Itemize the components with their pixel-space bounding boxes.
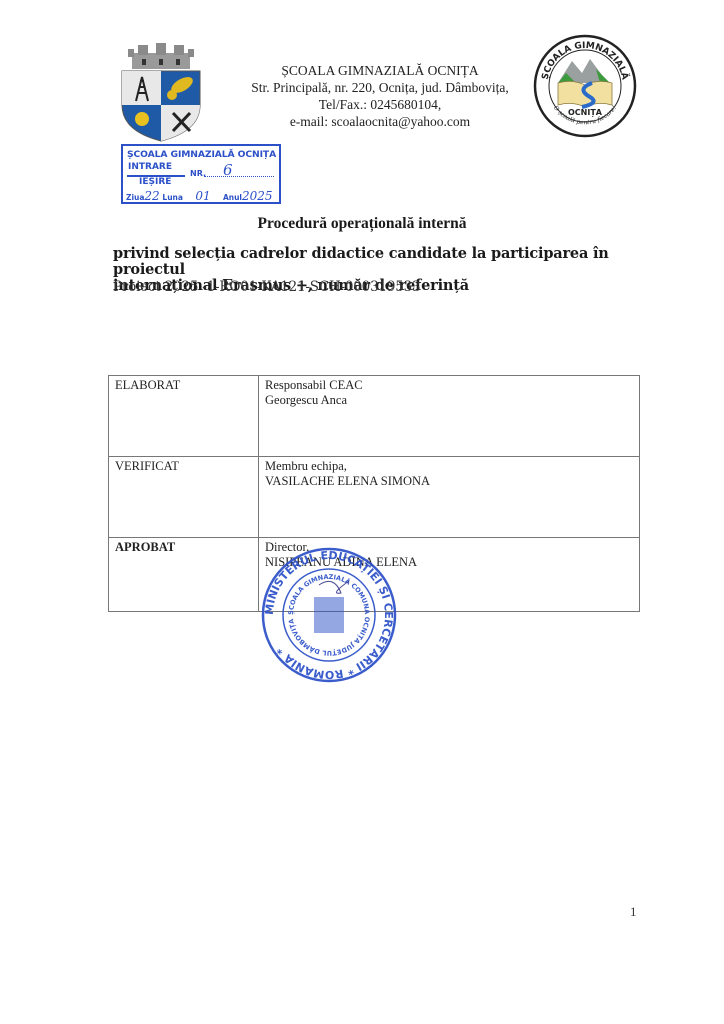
stamp-nr-line xyxy=(204,176,274,177)
row-label: ELABORAT xyxy=(109,376,259,457)
svg-text:OCNIȚA: OCNIȚA xyxy=(568,108,603,118)
row-label: VERIFICAT xyxy=(109,457,259,538)
page-number: 1 xyxy=(630,904,637,920)
school-address: Str. Principală, nr. 220, Ocnița, jud. D… xyxy=(230,79,530,96)
school-email: e-mail: scoalaocnita@yahoo.com xyxy=(230,113,530,130)
row-content: Membru echipa, VASILACHE ELENA SIMONA xyxy=(259,457,640,538)
project-reference: Proiect 2025 -1-RO01-KA121-SCH-000319533 xyxy=(113,279,420,295)
school-logo-icon: ȘCOALA GIMNAZIALĂ OCNIȚA O școală pentru… xyxy=(530,33,640,139)
stamp-date-row: Ziua22Luna01Anul2025 xyxy=(126,189,272,204)
registration-stamp: ȘCOALA GIMNAZIALĂ OCNIȚA INTRARE IEȘIRE … xyxy=(121,144,281,204)
table-row: VERIFICAT Membru echipa, VASILACHE ELENA… xyxy=(109,457,640,538)
row-person: VASILACHE ELENA SIMONA xyxy=(265,474,633,489)
school-name: ȘCOALA GIMNAZIALĂ OCNIȚA xyxy=(230,62,530,79)
subtitle-line-1: privind selecția cadrelor didactice cand… xyxy=(113,246,643,278)
school-phone: Tel/Fax.: 0245680104, xyxy=(230,96,530,113)
row-label: APROBAT xyxy=(109,538,259,612)
stamp-day-value: 22 xyxy=(144,189,162,204)
row-person: Georgescu Anca xyxy=(265,393,633,408)
stamp-year-value: 2025 xyxy=(242,189,272,204)
stamp-month-value: 01 xyxy=(183,189,223,204)
stamp-exit-label: IEȘIRE xyxy=(139,177,171,187)
official-seal-icon: MINISTERUL EDUCAȚIEI ȘI CERCETĂRII * ROM… xyxy=(259,545,399,685)
table-row: ELABORAT Responsabil CEAC Georgescu Anca xyxy=(109,376,640,457)
stamp-year-label: Anul xyxy=(223,193,242,202)
stamp-nr-value: 6 xyxy=(223,161,233,179)
row-content: Responsabil CEAC Georgescu Anca xyxy=(259,376,640,457)
coat-of-arms-icon xyxy=(118,43,204,143)
stamp-day-label: Ziua xyxy=(126,193,144,202)
stamp-entry-label: INTRARE xyxy=(128,162,172,172)
row-role: Membru echipa, xyxy=(265,459,633,474)
row-role: Responsabil CEAC xyxy=(265,378,633,393)
school-header: ȘCOALA GIMNAZIALĂ OCNIȚA Str. Principală… xyxy=(230,62,530,130)
stamp-month-label: Luna xyxy=(162,193,183,202)
stamp-school-name: ȘCOALA GIMNAZIALĂ OCNIȚA xyxy=(127,149,276,160)
document-title: Procedură operațională internă xyxy=(0,215,724,233)
